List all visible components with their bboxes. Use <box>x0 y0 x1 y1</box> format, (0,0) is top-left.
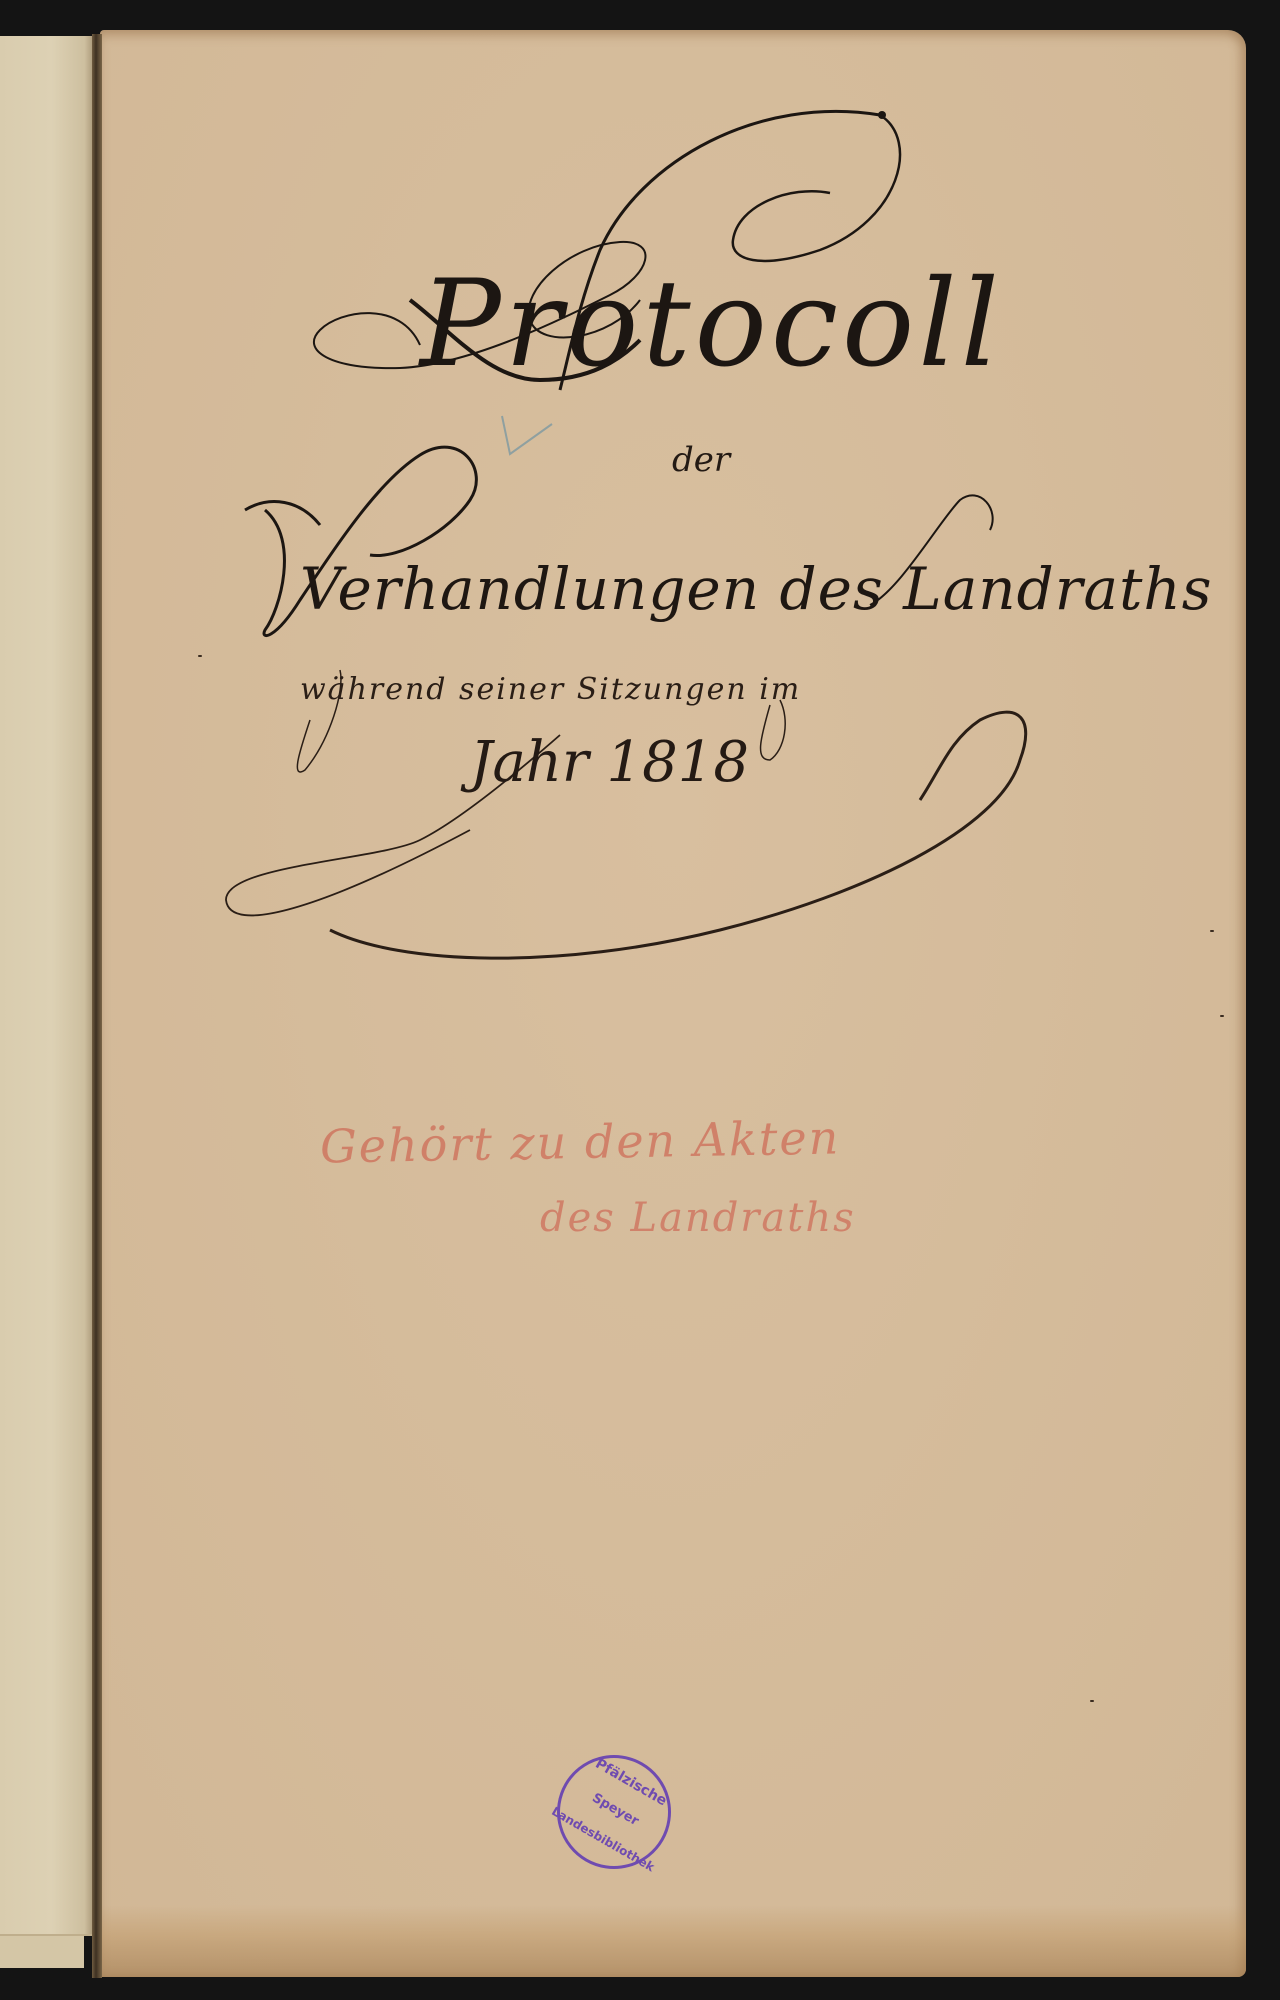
title-der: der <box>672 440 730 480</box>
check-mark-icon <box>498 412 558 462</box>
title-protocoll: Protocoll <box>420 255 1003 394</box>
ink-speck <box>198 655 202 657</box>
pencil-annotation-line-2: des Landraths <box>540 1195 856 1241</box>
subtitle-verhandlungen: Verhandlungen des Landraths <box>300 555 1213 623</box>
ink-speck <box>1210 930 1214 932</box>
pencil-annotation-line-1: Gehört zu den Akten <box>320 1110 841 1173</box>
subtitle-sitzungen: während seiner Sitzungen im <box>300 672 801 707</box>
ink-speck <box>1090 1700 1094 1702</box>
ink-speck <box>1220 1015 1224 1017</box>
subtitle-year: Jahr 1818 <box>470 730 749 795</box>
